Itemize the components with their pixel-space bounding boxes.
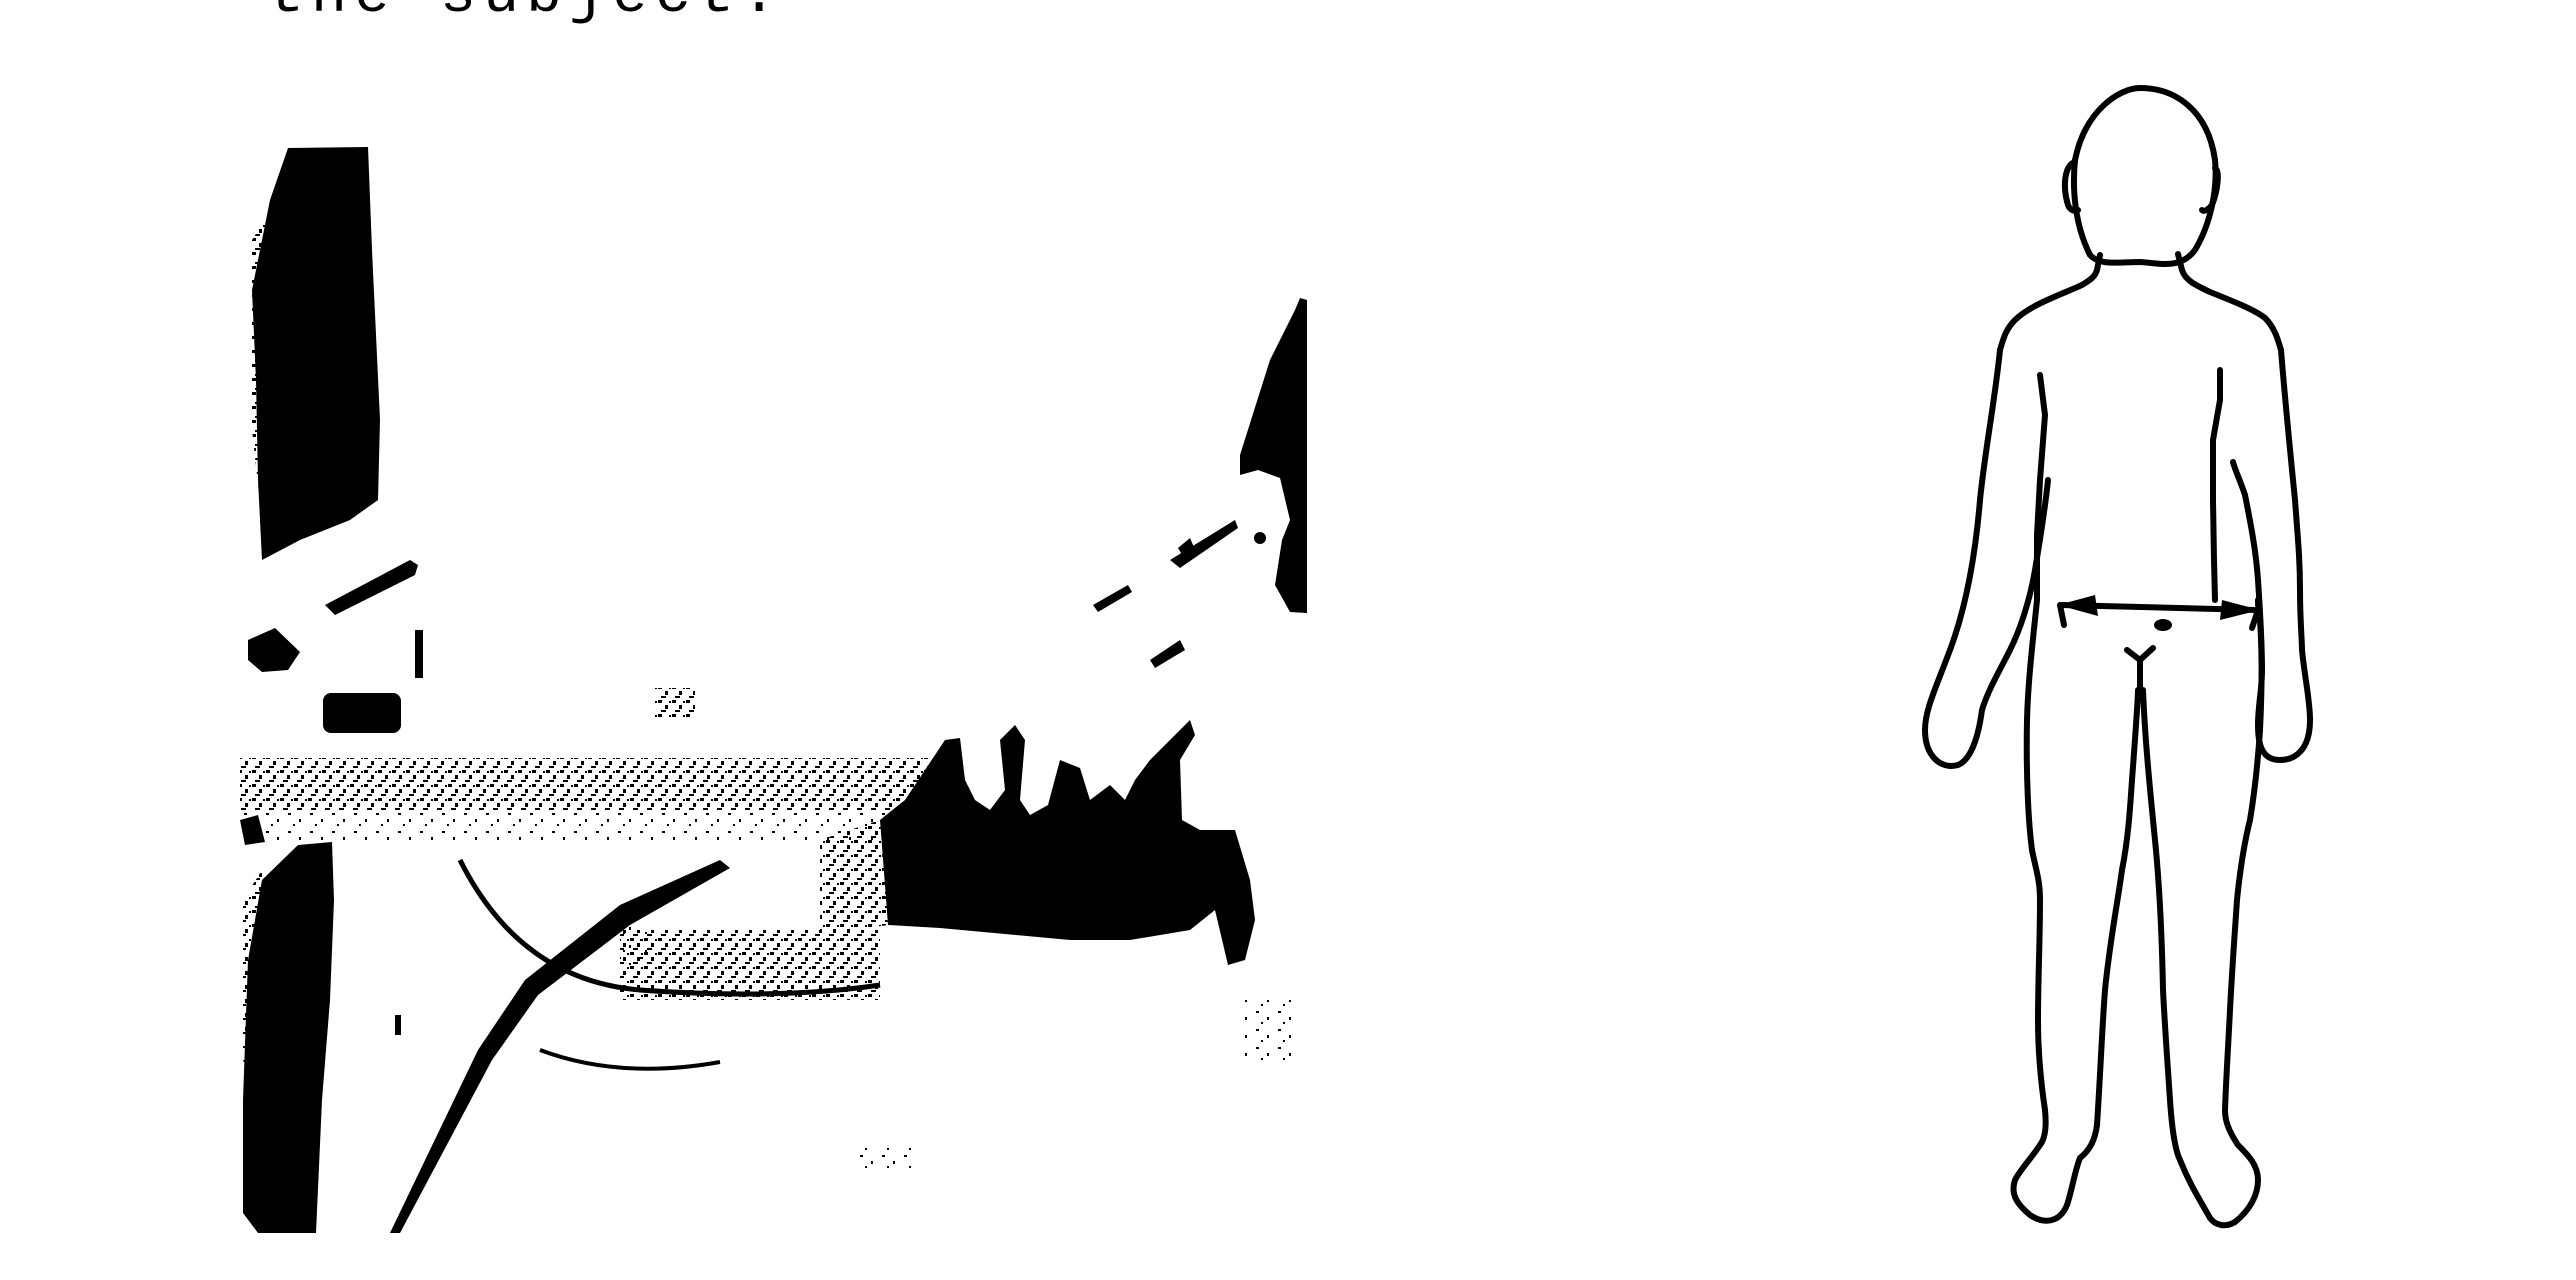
left-hip-mark — [2060, 605, 2064, 625]
right-ear — [2202, 168, 2218, 211]
photo-graphic — [230, 130, 1330, 1240]
right-shoulder — [2178, 254, 2281, 350]
figure-graphic — [1900, 60, 2500, 1260]
waist-measurement-photo — [230, 130, 1330, 1240]
right-leg-inner — [2143, 690, 2235, 1225]
navel-mark — [2154, 619, 2172, 631]
left-shoulder — [2000, 255, 2100, 350]
caption-text-fragment: the subject. — [268, 0, 784, 26]
crotch-mark — [2127, 648, 2153, 690]
child-figure-diagram — [1900, 60, 2500, 1260]
left-leg-outer — [2013, 600, 2097, 1221]
right-torso-line — [2213, 370, 2220, 600]
left-torso-line — [2037, 375, 2045, 600]
right-arm-outer — [2233, 350, 2310, 760]
left-leg-inner — [2097, 690, 2138, 1125]
head-outline — [2074, 88, 2216, 264]
right-leg-outer — [2225, 600, 2262, 1222]
